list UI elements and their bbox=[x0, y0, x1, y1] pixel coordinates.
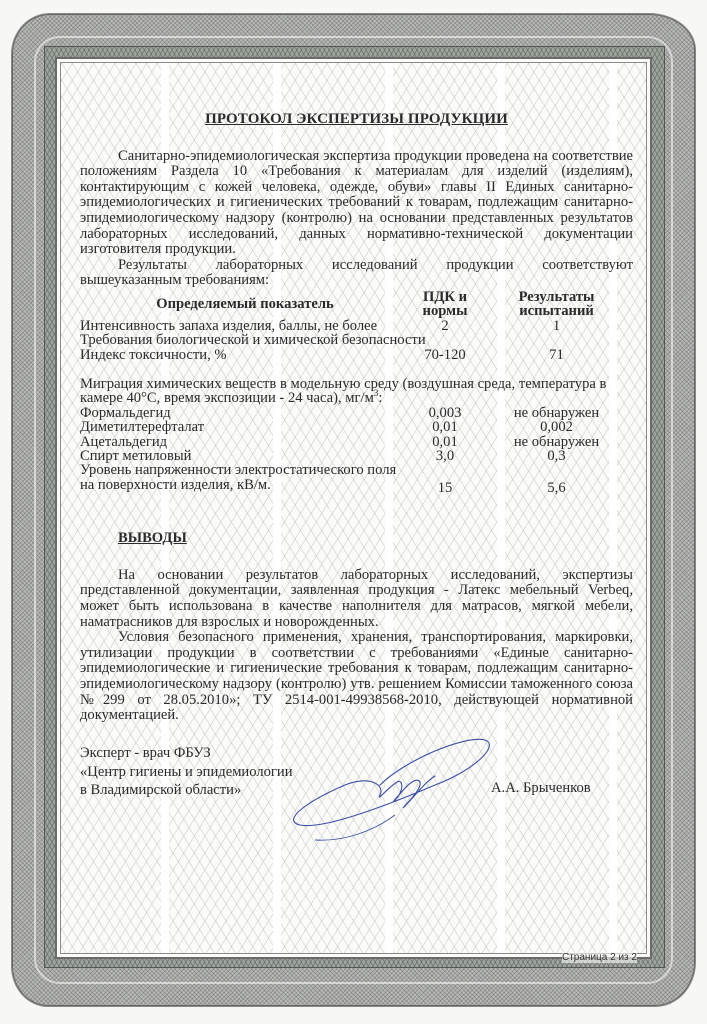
row-indicator: Требования биологической и химической бе… bbox=[80, 333, 633, 347]
row-indicator: Диметилтерефталат bbox=[80, 420, 410, 434]
table-row: Диметилтерефталат 0,01 0,002 bbox=[80, 420, 633, 434]
document-title: ПРОТОКОЛ ЭКСПЕРТИЗЫ ПРОДУКЦИИ bbox=[80, 112, 633, 128]
row-indicator: Интенсивность запаха изделия, баллы, не … bbox=[80, 319, 410, 333]
row-norm: 70-120 bbox=[410, 348, 480, 362]
table-header-row: Определяемый показатель ПДК и нормы Резу… bbox=[80, 290, 633, 319]
header-result-line1: Результаты bbox=[480, 290, 633, 304]
header-norm-line1: ПДК и bbox=[410, 290, 480, 304]
spacer-row bbox=[80, 362, 633, 377]
header-result: Результаты испытаний bbox=[480, 290, 633, 319]
results-intro: Результаты лабораторных исследований про… bbox=[80, 258, 633, 289]
table-row: Ацетальдегид 0,01 не обнаружен bbox=[80, 435, 633, 449]
expert-name: А.А. Брыченков bbox=[491, 780, 591, 797]
row-result: не обнаружен bbox=[480, 406, 633, 420]
row-result: 0,3 bbox=[480, 449, 633, 463]
row-indicator: Ацетальдегид bbox=[80, 435, 410, 449]
table-row: Формальдегид 0,003 не обнаружен bbox=[80, 406, 633, 420]
header-norm-line2: нормы bbox=[410, 304, 480, 318]
conclusion-paragraph: Условия безопасного применения, хранения… bbox=[80, 630, 633, 724]
row-indicator: на поверхности изделия, кВ/м. bbox=[80, 478, 410, 495]
conclusions-title: ВЫВОДЫ bbox=[118, 531, 633, 547]
row-norm: 0,003 bbox=[410, 406, 480, 420]
handwritten-signature-icon bbox=[285, 730, 495, 845]
row-norm: 0,01 bbox=[410, 420, 480, 434]
table-row: на поверхности изделия, кВ/м. 15 5,6 bbox=[80, 478, 633, 495]
migration-header-colon: : bbox=[378, 390, 382, 406]
row-result: 1 bbox=[480, 319, 633, 333]
header-result-line2: испытаний bbox=[480, 304, 633, 318]
migration-header-text: Миграция химических веществ в модельную … bbox=[80, 376, 606, 406]
header-norm: ПДК и нормы bbox=[410, 290, 480, 319]
conclusion-paragraph: На основании результатов лабораторных ис… bbox=[80, 568, 633, 630]
migration-header-row: Миграция химических веществ в модельную … bbox=[80, 377, 633, 406]
table-row: Требования биологической и химической бе… bbox=[80, 333, 633, 347]
row-result: 0,002 bbox=[480, 420, 633, 434]
table-row: Спирт метиловый 3,0 0,3 bbox=[80, 449, 633, 463]
row-norm: 3,0 bbox=[410, 449, 480, 463]
table-row: Уровень напряженности электростатическог… bbox=[80, 463, 633, 477]
row-result: не обнаружен bbox=[480, 435, 633, 449]
row-indicator: Формальдегид bbox=[80, 406, 410, 420]
row-result: 5,6 bbox=[480, 478, 633, 495]
row-result: 71 bbox=[480, 348, 633, 362]
migration-header: Миграция химических веществ в модельную … bbox=[80, 377, 633, 406]
row-norm: 15 bbox=[410, 478, 480, 495]
intro-paragraph: Санитарно-эпидемиологическая экспертиза … bbox=[80, 149, 633, 258]
header-indicator: Определяемый показатель bbox=[80, 290, 410, 319]
row-indicator: Спирт метиловый bbox=[80, 449, 410, 463]
row-indicator: Индекс токсичности, % bbox=[80, 348, 410, 362]
row-norm: 0,01 bbox=[410, 435, 480, 449]
row-norm: 2 bbox=[410, 319, 480, 333]
table-row: Интенсивность запаха изделия, баллы, не … bbox=[80, 319, 633, 333]
document-body: ПРОТОКОЛ ЭКСПЕРТИЗЫ ПРОДУКЦИИ Санитарно-… bbox=[80, 112, 633, 724]
page-number: Страница 2 из 2 bbox=[562, 952, 637, 963]
spacer bbox=[80, 362, 633, 377]
row-indicator: Уровень напряженности электростатическог… bbox=[80, 463, 633, 477]
results-table: Определяемый показатель ПДК и нормы Резу… bbox=[80, 290, 633, 495]
table-row: Индекс токсичности, % 70-120 71 bbox=[80, 348, 633, 362]
